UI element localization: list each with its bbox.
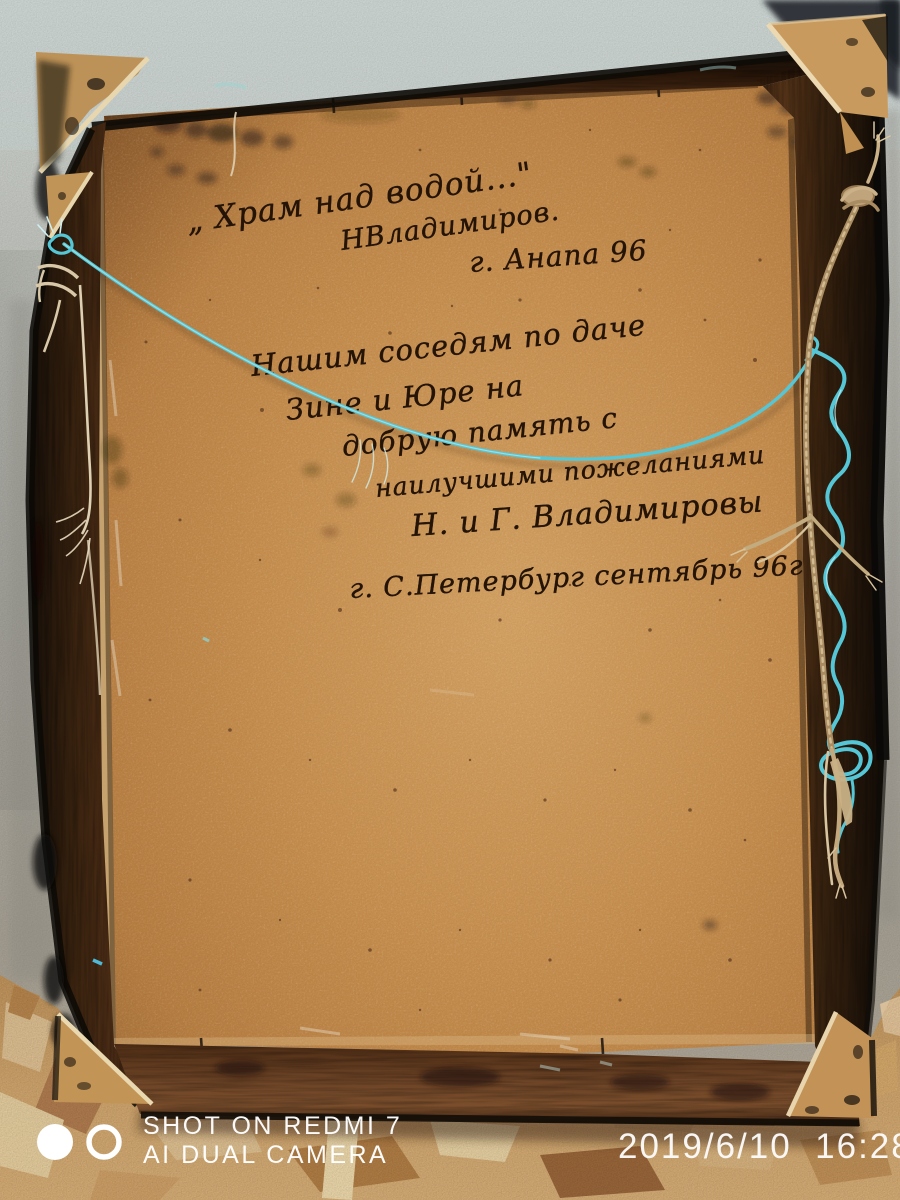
photo-back-of-framed-painting: „ Храм над водой..." НВладимиров. г. Ана… (0, 0, 900, 1200)
timestamp: 2019/6/10 16:28 (618, 1127, 900, 1166)
camera-lens-filled-icon (37, 1124, 73, 1160)
watermark-line1: SHOT ON REDMI 7 (143, 1112, 402, 1140)
photo-scene: „ Храм над водой..." НВладимиров. г. Ана… (0, 0, 900, 1200)
watermark-line2: AI DUAL CAMERA (143, 1141, 388, 1169)
